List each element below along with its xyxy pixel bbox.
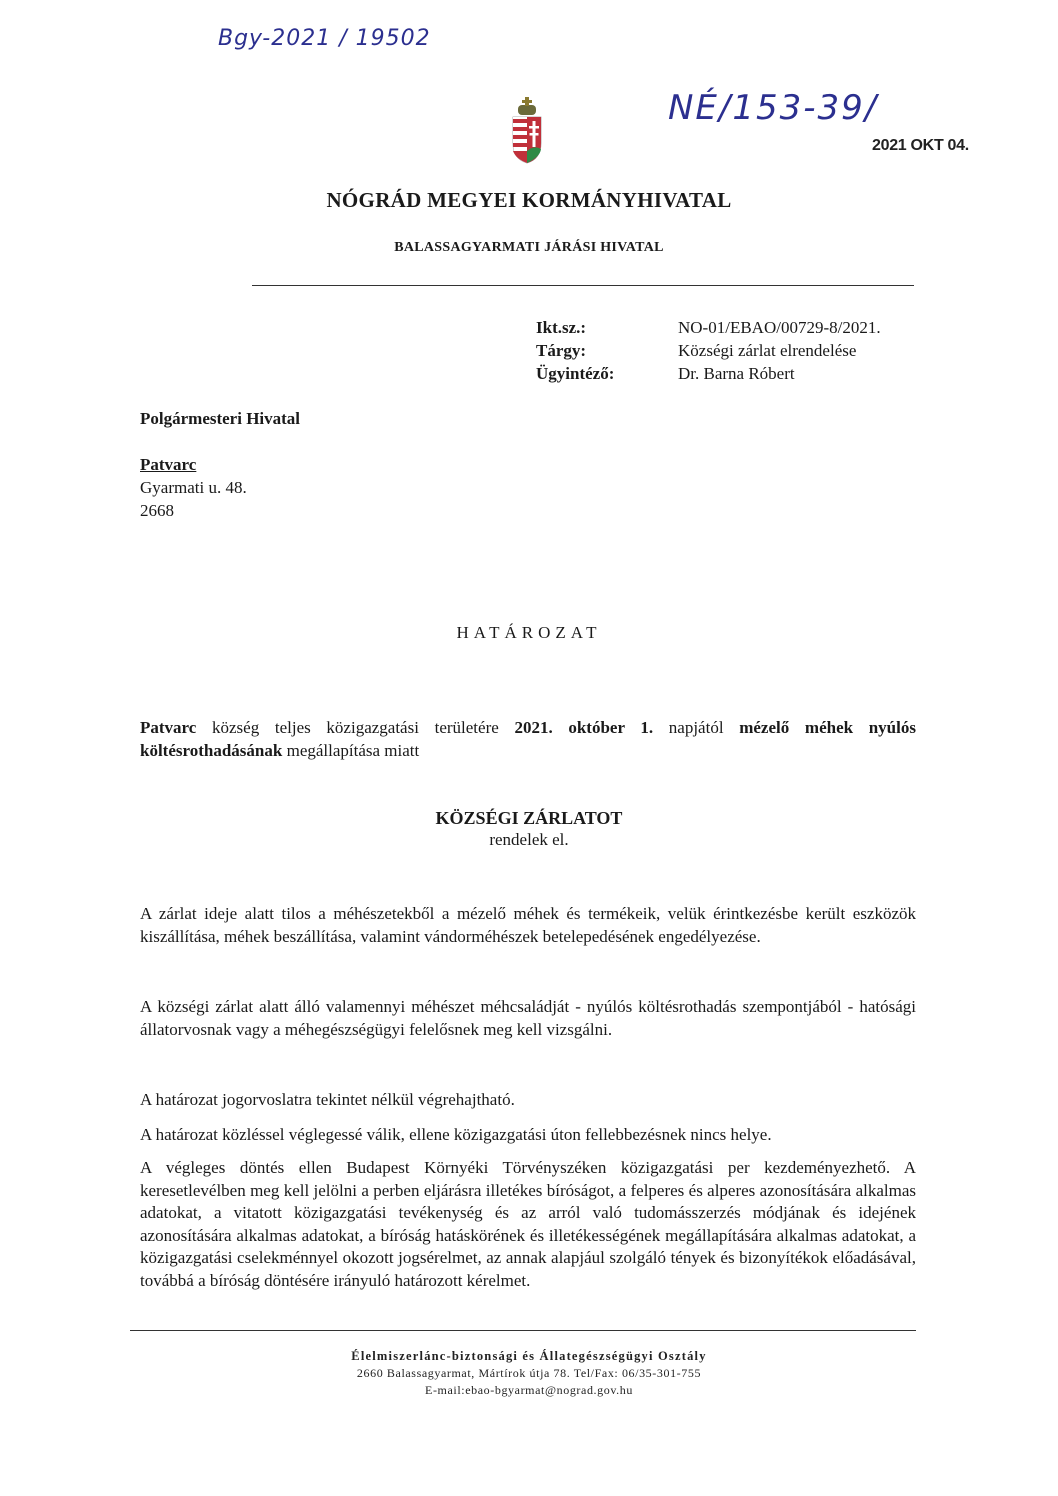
meta-value: Községi zárlat elrendelése xyxy=(678,339,856,362)
paragraph-legal-remedy: A végleges döntés ellen Budapest Környék… xyxy=(140,1157,916,1292)
order-block: KÖZSÉGI ZÁRLATOT rendelek el. xyxy=(0,807,1058,851)
decision-intro: Patvarc község teljes közigazgatási terü… xyxy=(140,717,916,762)
intro-text: napjától xyxy=(653,718,739,737)
stamp-date: 2021 OKT 04. xyxy=(872,137,969,155)
paragraph-inspection: A községi zárlat alatt álló valamennyi m… xyxy=(140,996,916,1041)
meta-label: Ikt.sz.: xyxy=(536,316,678,339)
meta-label: Tárgy: xyxy=(536,339,678,362)
addressee-town: Patvarc xyxy=(140,453,300,476)
meta-label: Ügyintéző: xyxy=(536,362,678,385)
intro-text: megállapítása miatt xyxy=(282,741,419,760)
addressee-postcode: 2668 xyxy=(140,499,300,522)
order-subtitle: rendelek el. xyxy=(0,829,1058,851)
footer: Élelmiszerlánc-biztonsági és Állategészs… xyxy=(0,1348,1058,1399)
footer-address: 2660 Balassagyarmat, Mártírok útja 78. T… xyxy=(0,1365,1058,1382)
meta-row-reference: Ikt.sz.: NO-01/EBAO/00729-8/2021. xyxy=(536,316,881,339)
paragraph-restrictions: A zárlat ideje alatt tilos a méhészetekb… xyxy=(140,903,916,948)
addressee-name: Polgármesteri Hivatal xyxy=(140,407,300,430)
meta-row-subject: Tárgy: Községi zárlat elrendelése xyxy=(536,339,881,362)
handwritten-registration-number: NÉ/153-39/ xyxy=(668,88,878,128)
handwritten-reference: Bgy-2021 / 19502 xyxy=(218,26,431,51)
order-title: KÖZSÉGI ZÁRLATOT xyxy=(0,807,1058,829)
footer-divider xyxy=(130,1330,916,1331)
document-meta: Ikt.sz.: NO-01/EBAO/00729-8/2021. Tárgy:… xyxy=(536,316,881,385)
paragraph-enforceable: A határozat jogorvoslatra tekintet nélkü… xyxy=(140,1089,916,1112)
meta-row-officer: Ügyintéző: Dr. Barna Róbert xyxy=(536,362,881,385)
addressee-street: Gyarmati u. 48. xyxy=(140,476,300,499)
header-divider xyxy=(252,285,914,286)
intro-town: Patvarc xyxy=(140,718,196,737)
footer-department: Élelmiszerlánc-biztonsági és Állategészs… xyxy=(0,1348,1058,1365)
paragraph-final: A határozat közléssel véglegessé válik, … xyxy=(140,1124,916,1147)
intro-text: község teljes közigazgatási területére xyxy=(196,718,514,737)
addressee-block: Polgármesteri Hivatal Patvarc Gyarmati u… xyxy=(140,407,300,522)
sub-organization-title: BALASSAGYARMATI JÁRÁSI HIVATAL xyxy=(0,240,1058,256)
intro-date: 2021. október 1. xyxy=(514,718,653,737)
hungarian-coat-of-arms-icon xyxy=(510,95,544,165)
decision-title: HATÁROZAT xyxy=(0,623,1058,643)
organization-title: NÓGRÁD MEGYEI KORMÁNYHIVATAL xyxy=(0,188,1058,213)
meta-value: NO-01/EBAO/00729-8/2021. xyxy=(678,316,881,339)
meta-value: Dr. Barna Róbert xyxy=(678,362,795,385)
footer-email: E-mail:ebao-bgyarmat@nograd.gov.hu xyxy=(0,1382,1058,1399)
